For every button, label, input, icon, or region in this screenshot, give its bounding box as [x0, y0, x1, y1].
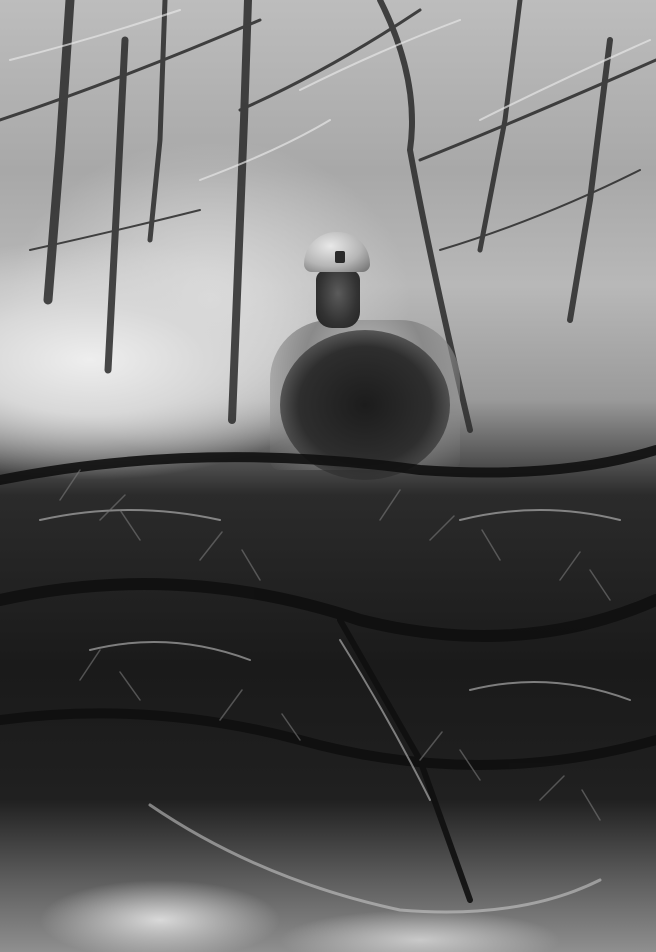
foreground-pine-branches [0, 0, 656, 952]
charcoal-drawing [0, 0, 656, 952]
snow-ground [0, 860, 656, 952]
